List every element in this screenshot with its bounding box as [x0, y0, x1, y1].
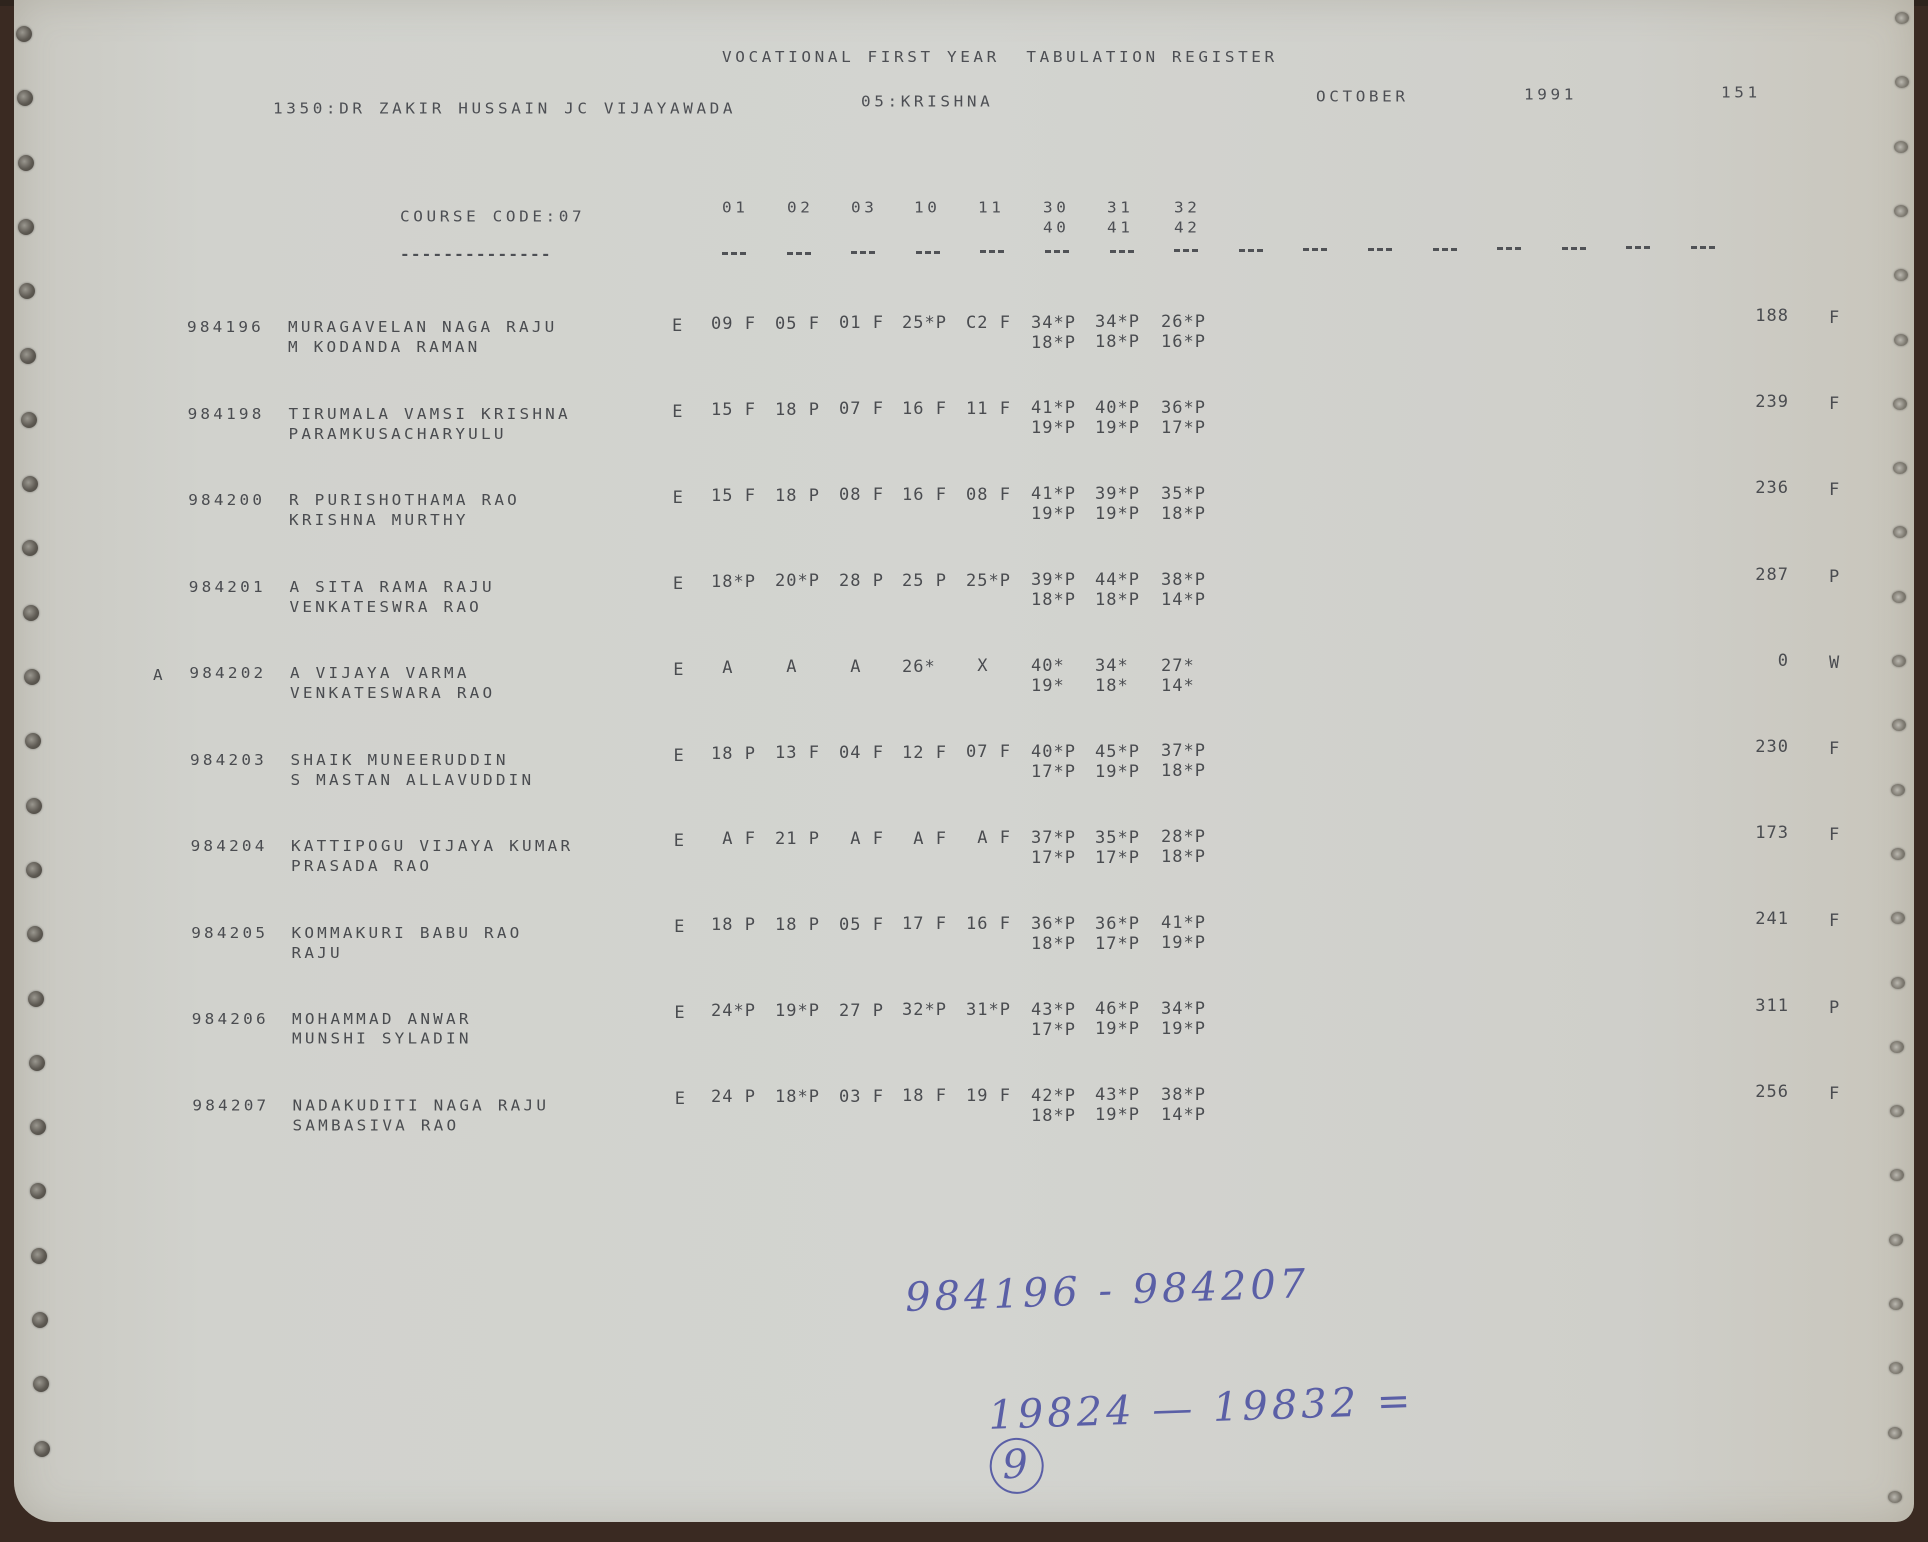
subject-mark: 25*P	[902, 313, 947, 333]
roll-number: 984201	[189, 578, 266, 595]
subject-mark: 25 P	[902, 571, 947, 591]
subject-mark: 03 F	[839, 1087, 884, 1107]
subject-mark: 19*P	[775, 1001, 820, 1021]
practical-mark: 14*	[1161, 676, 1206, 696]
student-name: A VIJAYA VARMA	[290, 664, 470, 681]
subject-mark: 09 F	[711, 314, 756, 334]
subject-code-secondary: 41	[1107, 219, 1133, 236]
column-dash	[1303, 248, 1327, 251]
subject-mark: 39*P	[1095, 484, 1140, 504]
student-row: 984198TIRUMALA VAMSI KRISHNAPARAMKUSACHA…	[0, 399, 1928, 459]
result-code: F	[1829, 825, 1840, 845]
student-row: 984200R PURISHOTHAMA RAOKRISHNA MURTHYE1…	[0, 485, 1928, 545]
medium-code: E	[674, 1003, 685, 1023]
subject-mark: X	[966, 656, 1011, 676]
subject-mark: 38*P	[1161, 570, 1206, 590]
tractor-hole	[31, 1248, 47, 1264]
tractor-hole	[1895, 12, 1909, 24]
subject-mark: 16 F	[902, 399, 947, 419]
subject-mark: 08 F	[839, 485, 884, 505]
practical-mark: 19*P	[1161, 933, 1206, 953]
subject-mark: 39*P	[1031, 570, 1076, 590]
student-row: 984207NADAKUDITI NAGA RAJUSAMBASIVA RAOE…	[0, 1091, 1928, 1151]
student-name: TIRUMALA VAMSI KRISHNA	[289, 405, 571, 422]
subject-mark: 31*P	[966, 1000, 1011, 1020]
column-dash	[1239, 249, 1263, 252]
subject-mark: A	[839, 657, 884, 677]
father-name: MUNSHI SYLADIN	[292, 1030, 472, 1047]
circled-count: 9	[989, 1437, 1045, 1495]
practical-mark: 17*P	[1095, 848, 1140, 868]
subject-code: 10	[914, 199, 940, 216]
roll-number: 984198	[188, 405, 265, 422]
result-code: P	[1829, 998, 1840, 1018]
subject-mark: 41*P	[1161, 913, 1206, 933]
practical-mark: 17*P	[1161, 418, 1206, 438]
subject-mark: 16 F	[966, 914, 1011, 934]
subject-mark: A F	[902, 829, 947, 849]
subject-code: 02	[787, 199, 813, 216]
subject-mark: 36*P	[1031, 914, 1076, 934]
course-code-label: COURSE CODE:07	[400, 208, 585, 225]
roll-number: 984207	[192, 1097, 269, 1114]
student-name: MURAGAVELAN NAGA RAJU	[288, 318, 558, 335]
practical-mark: 19*	[1031, 676, 1076, 696]
tractor-hole	[1892, 719, 1906, 731]
subject-mark: 11 F	[966, 399, 1011, 419]
subject-mark: 24 P	[711, 1087, 756, 1107]
subject-mark: 35*P	[1161, 484, 1206, 504]
subject-mark: 21 P	[775, 829, 820, 849]
practical-mark: 19*P	[1095, 418, 1140, 438]
result-code: F	[1829, 911, 1840, 931]
column-dash	[916, 251, 940, 254]
tractor-hole	[1891, 977, 1905, 989]
subject-mark: 19 F	[966, 1086, 1011, 1106]
subject-mark: 43*P	[1031, 1000, 1076, 1020]
subject-mark: 24*P	[711, 1001, 756, 1021]
subject-mark: C2 F	[966, 313, 1011, 333]
tractor-hole	[33, 1376, 49, 1392]
tractor-hole	[1890, 1169, 1904, 1181]
practical-mark: 17*P	[1095, 934, 1140, 954]
roll-number: 984206	[192, 1010, 269, 1027]
result-code: F	[1829, 739, 1840, 759]
father-name: S MASTAN ALLAVUDDIN	[291, 771, 535, 788]
medium-code: E	[674, 917, 685, 937]
practical-mark: 18*P	[1161, 504, 1206, 524]
subject-code: 03	[851, 199, 877, 216]
practical-mark: 19*P	[1161, 1019, 1206, 1039]
student-name: KATTIPOGU VIJAYA KUMAR	[291, 837, 573, 854]
subject-mark: 12 F	[902, 743, 947, 763]
student-row: 984201A SITA RAMA RAJUVENKATESWRA RAOE18…	[0, 572, 1928, 632]
column-dash	[1626, 246, 1650, 249]
subject-code: 01	[722, 199, 748, 216]
column-dash	[1110, 250, 1134, 253]
subject-mark: 01 F	[839, 313, 884, 333]
practical-mark: 19*P	[1095, 762, 1140, 782]
subject-mark: 37*P	[1161, 741, 1206, 761]
practical-mark: 14*P	[1161, 1105, 1206, 1125]
tractor-hole	[1894, 205, 1908, 217]
practical-mark: 18*P	[1161, 847, 1206, 867]
subject-mark: 34*P	[1095, 312, 1140, 332]
father-name: KRISHNA MURTHY	[289, 511, 469, 528]
subject-mark: 37*P	[1031, 828, 1076, 848]
practical-mark: 18*P	[1031, 590, 1076, 610]
column-dash	[980, 250, 1004, 253]
absent-flag: A	[153, 666, 166, 683]
college-name: 1350:DR ZAKIR HUSSAIN JC VIJAYAWADA	[273, 100, 736, 117]
subject-mark: 34*P	[1161, 999, 1206, 1019]
practical-mark: 18*P	[1095, 590, 1140, 610]
subject-mark: A F	[839, 829, 884, 849]
practical-mark: 19*P	[1095, 1019, 1140, 1039]
total-marks: 0	[1745, 651, 1789, 671]
student-name: MOHAMMAD ANWAR	[292, 1010, 472, 1027]
student-name: SHAIK MUNEERUDDIN	[291, 751, 509, 768]
subject-mark: 36*P	[1161, 398, 1206, 418]
result-code: F	[1829, 480, 1840, 500]
tractor-hole	[1894, 141, 1908, 153]
subject-mark: 40*P	[1095, 398, 1140, 418]
subject-mark: 34*	[1095, 656, 1140, 676]
tractor-hole	[1894, 269, 1908, 281]
student-name: A SITA RAMA RAJU	[290, 578, 495, 595]
student-name: NADAKUDITI NAGA RAJU	[293, 1097, 550, 1114]
column-dash	[722, 252, 746, 255]
total-marks: 311	[1745, 996, 1789, 1016]
father-name: M KODANDA RAMAN	[288, 338, 481, 355]
medium-code: E	[674, 831, 685, 851]
subject-mark: 40*	[1031, 656, 1076, 676]
subject-mark: 45*P	[1095, 742, 1140, 762]
subject-mark: 16 F	[902, 485, 947, 505]
medium-code: E	[674, 746, 685, 766]
subject-code: 11	[978, 199, 1004, 216]
tractor-hole	[16, 26, 32, 42]
student-row: A984202A VIJAYA VARMAVENKATESWARA RAOE A…	[0, 658, 1928, 718]
practical-mark: 17*P	[1031, 848, 1076, 868]
subject-code-secondary: 42	[1174, 219, 1200, 236]
subject-mark: 41*P	[1031, 398, 1076, 418]
column-dash	[1691, 246, 1715, 249]
medium-code: E	[672, 402, 683, 422]
subject-mark: 20*P	[775, 571, 820, 591]
practical-mark: 17*P	[1031, 762, 1076, 782]
subject-code-secondary: 40	[1043, 219, 1069, 236]
subject-mark: 32*P	[902, 1000, 947, 1020]
subject-mark: 18 P	[775, 915, 820, 935]
tractor-hole	[1888, 1491, 1902, 1503]
father-name: VENKATESWRA RAO	[290, 598, 483, 615]
practical-mark: 14*P	[1161, 590, 1206, 610]
subject-mark: 18*P	[711, 572, 756, 592]
father-name: PRASADA RAO	[291, 857, 432, 874]
column-dash	[1562, 247, 1586, 250]
father-name: SAMBASIVA RAO	[293, 1117, 460, 1134]
tractor-hole	[1889, 1362, 1903, 1374]
subject-mark: 05 F	[775, 314, 820, 334]
total-marks: 173	[1745, 823, 1789, 843]
subject-mark: A F	[711, 829, 756, 849]
column-dash	[1368, 248, 1392, 251]
student-row: 984196MURAGAVELAN NAGA RAJUM KODANDA RAM…	[0, 312, 1928, 372]
student-row: 984205KOMMAKURI BABU RAORAJUE18 P18 P05 …	[0, 918, 1928, 978]
subject-mark: 07 F	[839, 399, 884, 419]
subject-mark: 41*P	[1031, 484, 1076, 504]
roll-number: 984203	[190, 751, 267, 768]
total-marks: 241	[1745, 909, 1789, 929]
result-code: P	[1829, 567, 1840, 587]
subject-mark: 15 F	[711, 486, 756, 506]
tractor-hole	[1888, 1427, 1902, 1439]
medium-code: E	[672, 316, 683, 336]
column-dash	[851, 251, 875, 254]
page-number: 151	[1721, 84, 1761, 101]
handwritten-serial-range: 19824 — 19832 =	[988, 1378, 1416, 1439]
medium-code: E	[673, 660, 684, 680]
tractor-hole	[1889, 1234, 1903, 1246]
medium-code: E	[675, 1089, 686, 1109]
subject-mark: 25*P	[966, 571, 1011, 591]
practical-mark: 18*P	[1031, 934, 1076, 954]
column-dash	[1497, 247, 1521, 250]
subject-mark: 17 F	[902, 914, 947, 934]
practical-mark: 18*P	[1161, 761, 1206, 781]
total-marks: 287	[1745, 565, 1789, 585]
subject-mark: A	[775, 657, 820, 677]
roll-number: 984204	[191, 837, 268, 854]
total-marks: 256	[1745, 1082, 1789, 1102]
subject-mark: 42*P	[1031, 1086, 1076, 1106]
subject-code: 30	[1043, 199, 1069, 216]
practical-mark: 18*P	[1031, 333, 1076, 353]
subject-mark: 18*P	[775, 1087, 820, 1107]
column-dash	[787, 252, 811, 255]
practical-mark: 19*P	[1095, 1105, 1140, 1125]
tractor-hole	[34, 1441, 50, 1457]
subject-mark: 05 F	[839, 915, 884, 935]
roll-number: 984200	[188, 491, 265, 508]
result-code: W	[1829, 653, 1840, 673]
subject-mark: 35*P	[1095, 828, 1140, 848]
subject-mark: 07 F	[966, 742, 1011, 762]
result-code: F	[1829, 394, 1840, 414]
subject-mark: A	[711, 658, 756, 678]
subject-mark: 18 P	[711, 915, 756, 935]
exam-year: 1991	[1524, 86, 1577, 103]
tractor-hole	[18, 155, 34, 171]
student-name: R PURISHOTHAMA RAO	[289, 491, 520, 508]
subject-mark: 34*P	[1031, 313, 1076, 333]
roll-number: 984196	[187, 318, 264, 335]
father-name: PARAMKUSACHARYULU	[289, 425, 507, 442]
roll-number: 984205	[191, 924, 268, 941]
tractor-hole	[1893, 462, 1907, 474]
subject-mark: 27 P	[839, 1001, 884, 1021]
subject-mark: 18 P	[711, 744, 756, 764]
subject-mark: 13 F	[775, 743, 820, 763]
student-row: 984203SHAIK MUNEERUDDINS MASTAN ALLAVUDD…	[0, 745, 1928, 805]
student-row: 984206MOHAMMAD ANWARMUNSHI SYLADINE24*P1…	[0, 1004, 1928, 1064]
father-name: RAJU	[292, 944, 343, 961]
total-marks: 236	[1745, 478, 1789, 498]
tractor-hole	[32, 1312, 48, 1328]
practical-mark: 18*	[1095, 676, 1140, 696]
medium-code: E	[673, 574, 684, 594]
result-code: F	[1829, 308, 1840, 328]
subject-mark: 28 P	[839, 571, 884, 591]
register-title: VOCATIONAL FIRST YEAR TABULATION REGISTE…	[722, 48, 1278, 65]
course-code-underline: --------------	[400, 246, 552, 263]
student-name: KOMMAKURI BABU RAO	[292, 924, 523, 941]
subject-mark: 43*P	[1095, 1085, 1140, 1105]
column-dash	[1174, 249, 1198, 252]
subject-mark: 04 F	[839, 743, 884, 763]
column-dash	[1045, 250, 1069, 253]
practical-mark: 19*P	[1095, 504, 1140, 524]
subject-mark: 27*	[1161, 656, 1206, 676]
subject-mark: 08 F	[966, 485, 1011, 505]
subject-code: 31	[1107, 199, 1133, 216]
subject-mark: 26*P	[1161, 312, 1206, 332]
tractor-hole	[1889, 1298, 1903, 1310]
practical-mark: 17*P	[1031, 1020, 1076, 1040]
subject-mark: 26*	[902, 657, 947, 677]
practical-mark: 18*P	[1031, 1106, 1076, 1126]
total-marks: 239	[1745, 392, 1789, 412]
practical-mark: 16*P	[1161, 332, 1206, 352]
handwritten-count-line: 19824 — 19832 = 9	[953, 1332, 1417, 1496]
practical-mark: 18*P	[1095, 332, 1140, 352]
student-row: 984204KATTIPOGU VIJAYA KUMARPRASADA RAOE…	[0, 831, 1928, 891]
tractor-hole	[17, 90, 33, 106]
medium-code: E	[673, 488, 684, 508]
district-name: 05:KRISHNA	[861, 93, 993, 110]
subject-mark: 44*P	[1095, 570, 1140, 590]
practical-mark: 19*P	[1031, 418, 1076, 438]
father-name: VENKATESWARA RAO	[290, 684, 495, 701]
subject-mark: 36*P	[1095, 914, 1140, 934]
column-dash	[1433, 248, 1457, 251]
subject-mark: 18 F	[902, 1086, 947, 1106]
result-code: F	[1829, 1084, 1840, 1104]
subject-mark: 15 F	[711, 400, 756, 420]
subject-mark: A F	[966, 828, 1011, 848]
roll-number: 984202	[189, 664, 266, 681]
subject-mark: 46*P	[1095, 999, 1140, 1019]
subject-mark: 18 P	[775, 486, 820, 506]
subject-code: 32	[1174, 199, 1200, 216]
total-marks: 230	[1745, 737, 1789, 757]
total-marks: 188	[1745, 306, 1789, 326]
practical-mark: 19*P	[1031, 504, 1076, 524]
tractor-hole	[1895, 76, 1909, 88]
subject-mark: 38*P	[1161, 1085, 1206, 1105]
subject-mark: 40*P	[1031, 742, 1076, 762]
exam-month: OCTOBER	[1316, 88, 1409, 105]
subject-mark: 18 P	[775, 400, 820, 420]
subject-mark: 28*P	[1161, 827, 1206, 847]
